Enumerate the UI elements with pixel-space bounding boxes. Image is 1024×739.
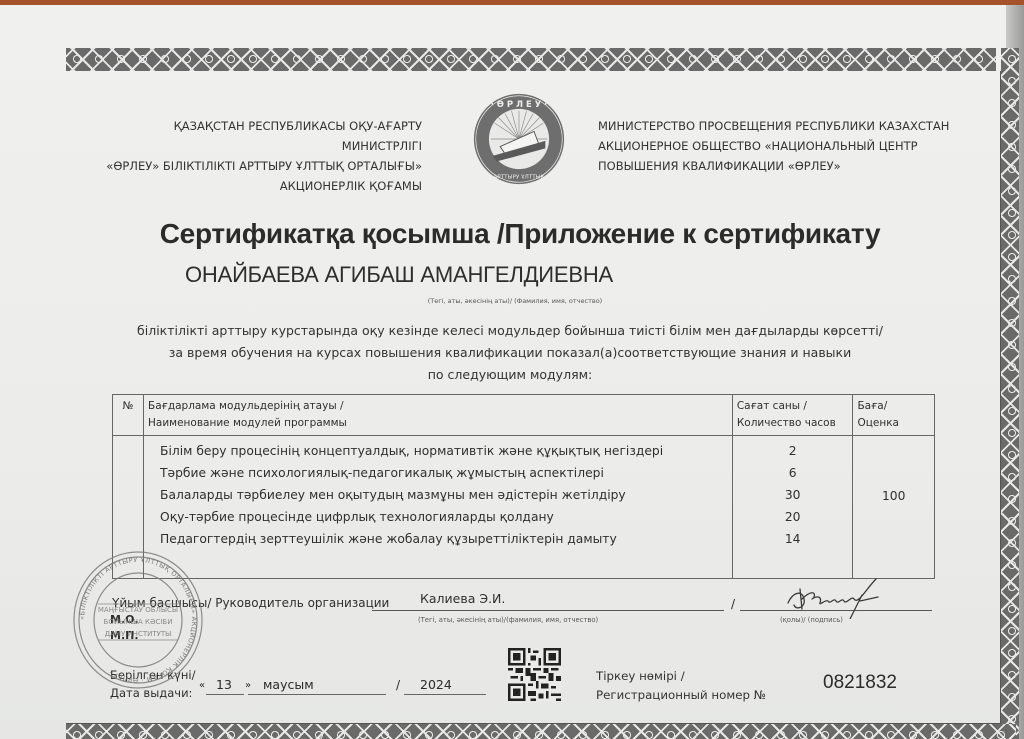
ornament-border-bottom bbox=[66, 724, 1016, 739]
signatory-name-hint: (Тегі, аты, әкесінің аты)/(фамилия, имя,… bbox=[418, 616, 598, 624]
registration-label-kz: Тіркеу нөмірі / bbox=[596, 667, 766, 686]
date-open-quote: « bbox=[199, 680, 205, 691]
modules-table: № Бағдарлама модульдерінің атауы / Наиме… bbox=[112, 394, 935, 579]
issue-month-underline bbox=[248, 694, 386, 695]
header-ru-line: МИНИСТЕРСТВО ПРОСВЕЩЕНИЯ РЕСПУБЛИКИ КАЗА… bbox=[598, 116, 958, 136]
ornament-border-top bbox=[66, 48, 996, 71]
module-name: Педагогтердің зерттеушілік және жобалау … bbox=[160, 528, 732, 550]
table-body-row: Білім беру процесінің концептуалдық, нор… bbox=[113, 436, 935, 579]
signatory-name-underline bbox=[372, 610, 724, 611]
header-kazakh: ҚАЗАҚСТАН РЕСПУБЛИКАСЫ ОҚУ-АҒАРТУ МИНИСТ… bbox=[100, 116, 422, 196]
date-close-quote: » bbox=[245, 680, 251, 691]
intro-text: біліктілікті арттыру курстарында оқу кез… bbox=[130, 320, 890, 386]
orleu-emblem-icon: · Ө Р Л Е У · АРТТЫРУ ҰЛТТЫҚ bbox=[472, 92, 566, 186]
header-kz-line: АКЦИОНЕРЛІК ҚОҒАМЫ bbox=[100, 176, 422, 196]
module-hours: 20 bbox=[733, 506, 853, 528]
column-header-module-name: Бағдарлама модульдерінің атауы / Наимено… bbox=[144, 395, 733, 436]
svg-text:· Ө Р Л Е У ·: · Ө Р Л Е У · bbox=[491, 99, 548, 109]
number-cell bbox=[113, 436, 144, 579]
module-name: Тәрбие және психологиялық-педагогикалық … bbox=[160, 462, 732, 484]
intro-line: за время обучения на курсах повышения кв… bbox=[130, 342, 890, 364]
grade-cell: 100 bbox=[853, 436, 935, 579]
date-separator: / bbox=[396, 678, 400, 692]
header-text-kz: Баға/ bbox=[857, 398, 930, 415]
header-text-ru: Оценка bbox=[857, 415, 930, 432]
header-kz-line: ҚАЗАҚСТАН РЕСПУБЛИКАСЫ ОҚУ-АҒАРТУ МИНИСТ… bbox=[100, 116, 422, 156]
module-hours: 14 bbox=[733, 528, 853, 550]
module-name: Білім беру процесінің концептуалдық, нор… bbox=[160, 440, 732, 462]
module-hours: 6 bbox=[733, 462, 853, 484]
seal-place-label: М.О. М.П. bbox=[110, 612, 139, 644]
issue-day-underline bbox=[206, 694, 244, 695]
issue-month: маусым bbox=[263, 677, 314, 692]
issue-year-underline bbox=[404, 694, 486, 695]
header-ru-line: ПОВЫШЕНИЯ КВАЛИФИКАЦИИ «ӨРЛЕУ» bbox=[598, 156, 958, 176]
header-text-ru: Количество часов bbox=[737, 415, 849, 432]
header-text-kz: Сағат саны / bbox=[737, 398, 849, 415]
recipient-name: ОНАЙБАЕВА АГИБАШ АМАНГЕЛДИЕВНА bbox=[185, 262, 613, 288]
issue-date-label-ru: Дата выдачи: bbox=[110, 684, 195, 702]
recipient-name-hint: (Тегі, аты, әкесінің аты)/ (Фамилия, имя… bbox=[0, 297, 1024, 305]
signature-separator: / bbox=[731, 597, 735, 611]
issue-date-label: Берілген күні/ Дата выдачи: bbox=[110, 666, 195, 702]
qr-code-icon bbox=[508, 648, 561, 701]
header-ru-line: АКЦИОНЕРНОЕ ОБЩЕСТВО «НАЦИОНАЛЬНЫЙ ЦЕНТР bbox=[598, 136, 958, 156]
registration-label-ru: Регистрационный номер № bbox=[596, 686, 766, 705]
signatory-name: Калиева Э.И. bbox=[420, 591, 505, 606]
intro-line: біліктілікті арттыру курстарында оқу кез… bbox=[130, 320, 890, 342]
issue-day: 13 bbox=[216, 677, 232, 692]
table-header-row: № Бағдарлама модульдерінің атауы / Наиме… bbox=[113, 395, 935, 436]
module-hours: 2 bbox=[733, 440, 853, 462]
module-name: Оқу-тәрбие процесінде цифрлық технология… bbox=[160, 506, 732, 528]
column-header-number: № bbox=[113, 395, 144, 436]
module-name: Балаларды тәрбиелеу мен оқытудың мазмұны… bbox=[160, 484, 732, 506]
registration-number: 0821832 bbox=[823, 672, 897, 694]
handwritten-signature-icon bbox=[782, 575, 892, 619]
seal-label-kz: М.О. bbox=[110, 612, 139, 628]
module-names-cell: Білім беру процесінің концептуалдық, нор… bbox=[144, 436, 733, 579]
svg-text:АРТТЫРУ ҰЛТТЫҚ: АРТТЫРУ ҰЛТТЫҚ bbox=[493, 174, 545, 180]
header-text-kz: Бағдарлама модульдерінің атауы / bbox=[148, 398, 728, 415]
ornament-border-right bbox=[1001, 48, 1019, 739]
issue-date-label-kz: Берілген күні/ bbox=[110, 666, 195, 684]
issue-year: 2024 bbox=[420, 677, 452, 692]
document-title: Сертификатқа қосымша /Приложение к серти… bbox=[0, 218, 1024, 250]
header-russian: МИНИСТЕРСТВО ПРОСВЕЩЕНИЯ РЕСПУБЛИКИ КАЗА… bbox=[598, 116, 958, 176]
seal-label-ru: М.П. bbox=[110, 628, 139, 644]
intro-line: по следующим модулям: bbox=[130, 364, 890, 386]
module-hours: 30 bbox=[733, 484, 853, 506]
column-header-hours: Сағат саны / Количество часов bbox=[732, 395, 853, 436]
module-hours-cell: 2 6 30 20 14 bbox=[732, 436, 853, 579]
column-header-grade: Баға/ Оценка bbox=[853, 395, 935, 436]
registration-label: Тіркеу нөмірі / Регистрационный номер № bbox=[596, 667, 766, 705]
header-kz-line: «ӨРЛЕУ» БІЛІКТІЛІКТІ АРТТЫРУ ҰЛТТЫҚ ОРТА… bbox=[100, 156, 422, 176]
signatory-label: Ұйым басшысы/ Руководитель организации bbox=[112, 596, 389, 610]
header-text-ru: Наименование модулей программы bbox=[148, 415, 728, 432]
